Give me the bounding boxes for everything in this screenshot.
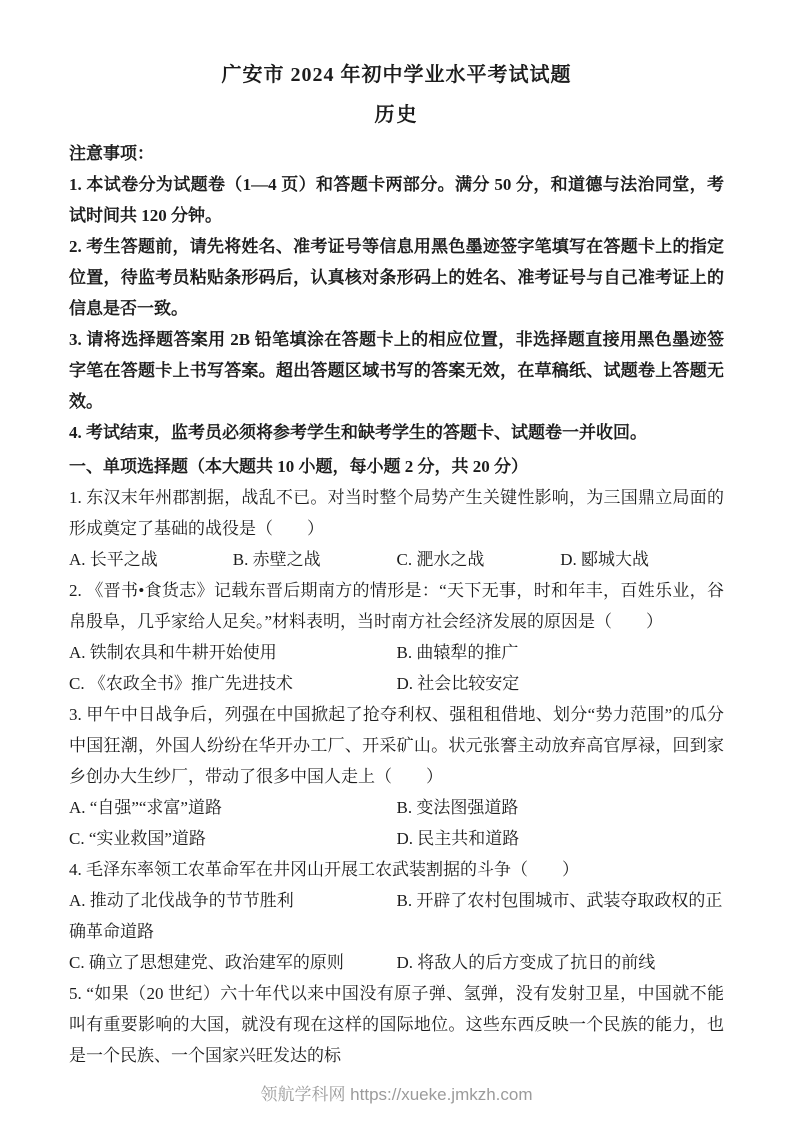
question-stem: 4. 毛泽东率领工农革命军在井冈山开展工农武装割据的斗争（ ） [69, 854, 724, 885]
option: C. 淝水之战 [397, 544, 561, 575]
question: 2. 《晋书•食货志》记载东晋后期南方的情形是：“天下无事，时和年丰，百姓乐业，… [69, 575, 724, 699]
questions: 1. 东汉末年州郡割据，战乱不已。对当时整个局势产生关键性影响，为三国鼎立局面的… [69, 482, 724, 1071]
options-row: C. 《农政全书》推广先进技术D. 社会比较安定 [69, 668, 724, 699]
notice-item: 3. 请将选择题答案用 2B 铅笔填涂在答题卡上的相应位置，非选择题直接用黑色墨… [69, 324, 724, 417]
question-stem: 2. 《晋书•食货志》记载东晋后期南方的情形是：“天下无事，时和年丰，百姓乐业，… [69, 575, 724, 637]
options-row: A. 推动了北伐战争的节节胜利B. 开辟了农村包围城市、武装夺取政权的正确革命道… [69, 885, 724, 947]
option: C. 确立了思想建党、政治建军的原则 [69, 947, 397, 978]
question: 3. 甲午中日战争后，列强在中国掀起了抢夺利权、强租租借地、划分“势力范围”的瓜… [69, 699, 724, 854]
question: 5. “如果（20 世纪）六十年代以来中国没有原子弹、氢弹，没有发射卫星，中国就… [69, 978, 724, 1071]
watermark-text: 领航学科网 https://xueke.jmkzh.com [0, 1084, 793, 1106]
options-row: A. “自强”“求富”道路B. 变法图强道路 [69, 792, 724, 823]
option: D. 将敌人的后方变成了抗日的前线 [397, 953, 656, 972]
option: A. 长平之战 [69, 544, 233, 575]
option: A. “自强”“求富”道路 [69, 792, 397, 823]
options-row: C. 确立了思想建党、政治建军的原则D. 将敌人的后方变成了抗日的前线 [69, 947, 724, 978]
option: D. 社会比较安定 [397, 674, 520, 693]
page-title: 广安市 2024 年初中学业水平考试试题 [69, 62, 724, 89]
section-heading: 一、单项选择题（本大题共 10 小题，每小题 2 分，共 20 分） [69, 451, 724, 482]
option: A. 推动了北伐战争的节节胜利 [69, 885, 397, 916]
option: A. 铁制农具和牛耕开始使用 [69, 637, 397, 668]
option: D. 郾城大战 [560, 544, 724, 575]
notice-heading: 注意事项： [69, 138, 724, 169]
notice-item: 2. 考生答题前，请先将姓名、准考证号等信息用黑色墨迹签字笔填写在答题卡上的指定… [69, 231, 724, 324]
subject-title: 历史 [69, 102, 724, 129]
question: 1. 东汉末年州郡割据，战乱不已。对当时整个局势产生关键性影响，为三国鼎立局面的… [69, 482, 724, 575]
option: D. 民主共和道路 [397, 829, 520, 848]
option: B. 曲辕犁的推广 [397, 643, 519, 662]
option: C. “实业救国”道路 [69, 823, 397, 854]
question-stem: 5. “如果（20 世纪）六十年代以来中国没有原子弹、氢弹，没有发射卫星，中国就… [69, 978, 724, 1071]
options-row: C. “实业救国”道路D. 民主共和道路 [69, 823, 724, 854]
question-stem: 1. 东汉末年州郡割据，战乱不已。对当时整个局势产生关键性影响，为三国鼎立局面的… [69, 482, 724, 544]
question: 4. 毛泽东率领工农革命军在井冈山开展工农武装割据的斗争（ ）A. 推动了北伐战… [69, 854, 724, 978]
options-row: A. 长平之战B. 赤壁之战C. 淝水之战D. 郾城大战 [69, 544, 724, 575]
option: B. 赤壁之战 [233, 544, 397, 575]
options-row: A. 铁制农具和牛耕开始使用B. 曲辕犁的推广 [69, 637, 724, 668]
question-stem: 3. 甲午中日战争后，列强在中国掀起了抢夺利权、强租租借地、划分“势力范围”的瓜… [69, 699, 724, 792]
exam-paper-page: 广安市 2024 年初中学业水平考试试题 历史 注意事项： 1. 本试卷分为试题… [0, 0, 793, 1122]
notice-item: 4. 考试结束，监考员必须将参考学生和缺考学生的答题卡、试题卷一并收回。 [69, 417, 724, 448]
option: B. 变法图强道路 [397, 798, 519, 817]
notice-list: 1. 本试卷分为试题卷（1—4 页）和答题卡两部分。满分 50 分，和道德与法治… [69, 169, 724, 448]
option: C. 《农政全书》推广先进技术 [69, 668, 397, 699]
notice-item: 1. 本试卷分为试题卷（1—4 页）和答题卡两部分。满分 50 分，和道德与法治… [69, 169, 724, 231]
